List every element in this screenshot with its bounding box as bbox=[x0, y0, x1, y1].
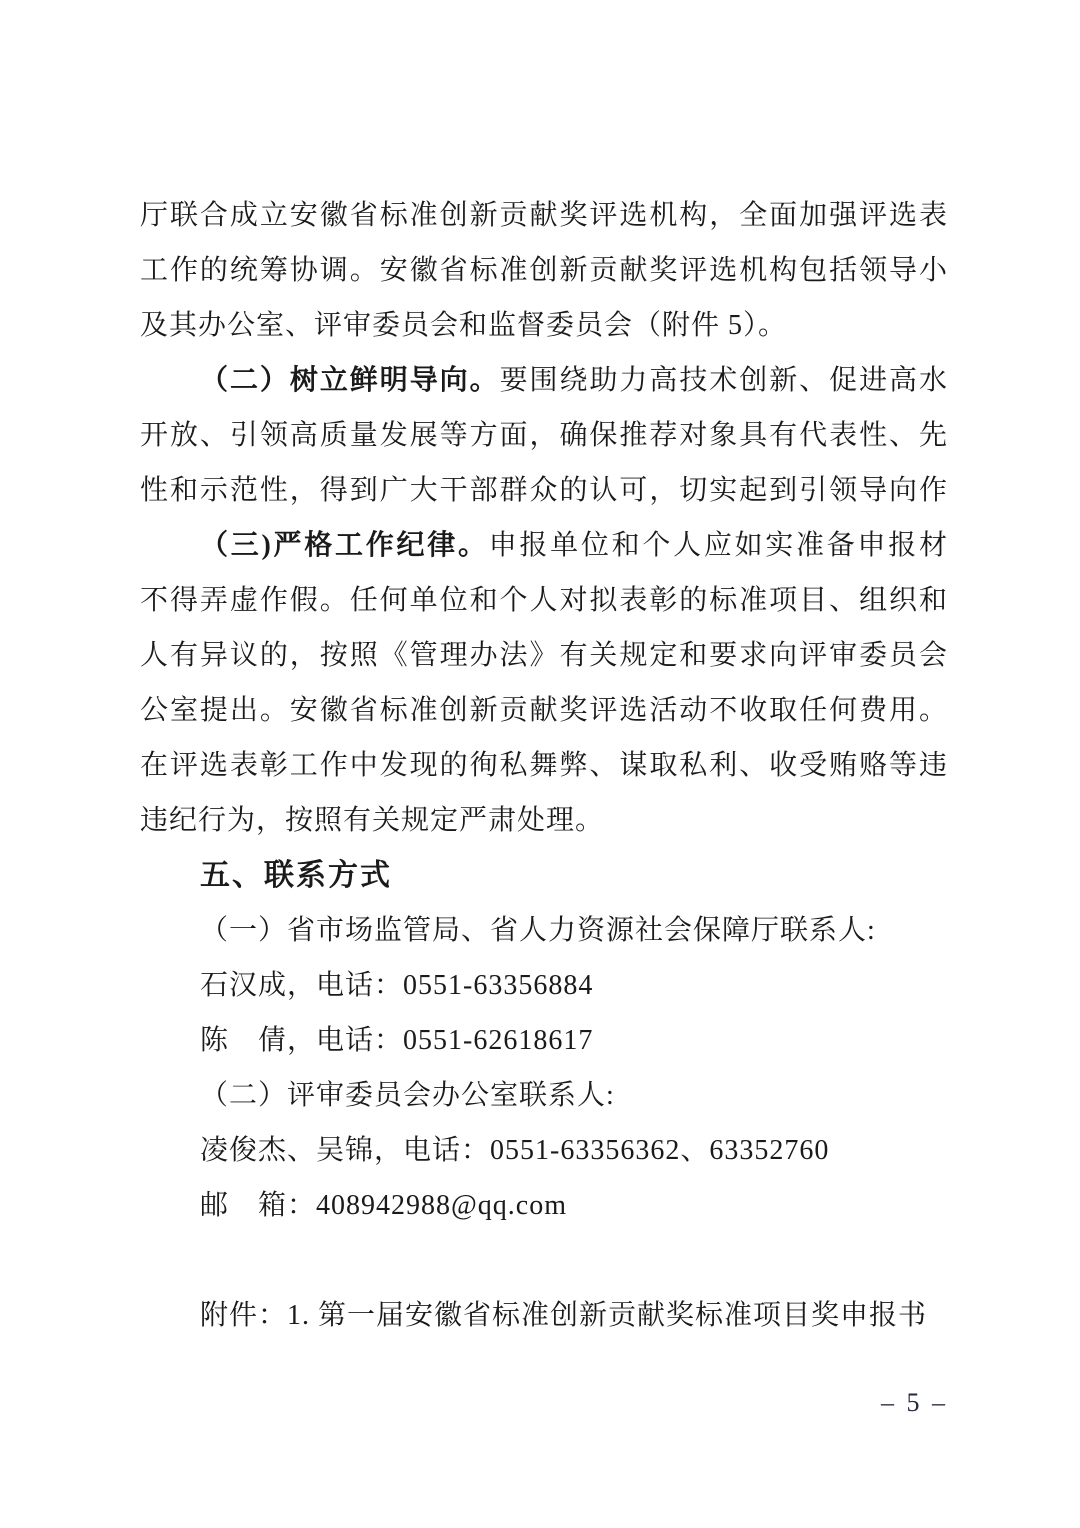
paragraph1-line2: 工作的统筹协调。安徽省标准创新贡献奖评选机构包括领导小组 bbox=[140, 243, 948, 298]
attachment-line1: 附件：1. 第一届安徽省标准创新贡献奖标准项目奖申报书 bbox=[140, 1288, 948, 1343]
paragraph3-line6: 违纪行为，按照有关规定严肃处理。 bbox=[140, 793, 948, 848]
contact2-person: 凌俊杰、吴锦，电话：0551-63356362、63352760 bbox=[140, 1123, 948, 1178]
section5-heading: 五、联系方式 bbox=[140, 848, 948, 903]
paragraph3-line2: 不得弄虚作假。任何单位和个人对拟表彰的标准项目、组织和个 bbox=[140, 573, 948, 628]
contact1-person2: 陈 倩，电话：0551-62618617 bbox=[140, 1013, 948, 1068]
blank-line bbox=[140, 1233, 948, 1288]
contact1-person1: 石汉成，电话：0551-63356884 bbox=[140, 958, 948, 1013]
document-page: 厅联合成立安徽省标准创新贡献奖评选机构，全面加强评选表彰 工作的统筹协调。安徽省… bbox=[0, 0, 1080, 1528]
paragraph2-line3: 性和示范性，得到广大干部群众的认可，切实起到引领导向作用。 bbox=[140, 463, 948, 518]
paragraph3-line5: 在评选表彰工作中发现的徇私舞弊、谋取私利、收受贿赂等违法 bbox=[140, 738, 948, 793]
document-content: 厅联合成立安徽省标准创新贡献奖评选机构，全面加强评选表彰 工作的统筹协调。安徽省… bbox=[140, 188, 948, 1343]
contact2-label: （二）评审委员会办公室联系人: bbox=[140, 1068, 948, 1123]
contact1-label: （一）省市场监管局、省人力资源社会保障厅联系人: bbox=[140, 903, 948, 958]
page-number: – 5 – bbox=[881, 1388, 948, 1418]
paragraph3-line4: 公室提出。安徽省标准创新贡献奖评选活动不收取任何费用。对 bbox=[140, 683, 948, 738]
paragraph2-line2: 开放、引领高质量发展等方面，确保推荐对象具有代表性、先进 bbox=[140, 408, 948, 463]
paragraph1-line1: 厅联合成立安徽省标准创新贡献奖评选机构，全面加强评选表彰 bbox=[140, 188, 948, 243]
paragraph1-line3: 及其办公室、评审委员会和监督委员会（附件 5）。 bbox=[140, 298, 948, 353]
paragraph3-line1: （三)严格工作纪律。申报单位和个人应如实准备申报材料， bbox=[140, 518, 948, 573]
paragraph2-line1: （二）树立鲜明导向。要围绕助力高技术创新、促进高水平 bbox=[140, 353, 948, 408]
paragraph2-subheading: （二）树立鲜明导向。 bbox=[200, 365, 500, 396]
paragraph3-subheading: （三)严格工作纪律。 bbox=[200, 530, 489, 561]
contact2-email: 邮 箱：408942988@qq.com bbox=[140, 1178, 948, 1233]
paragraph3-line3: 人有异议的，按照《管理办法》有关规定和要求向评审委员会办 bbox=[140, 628, 948, 683]
